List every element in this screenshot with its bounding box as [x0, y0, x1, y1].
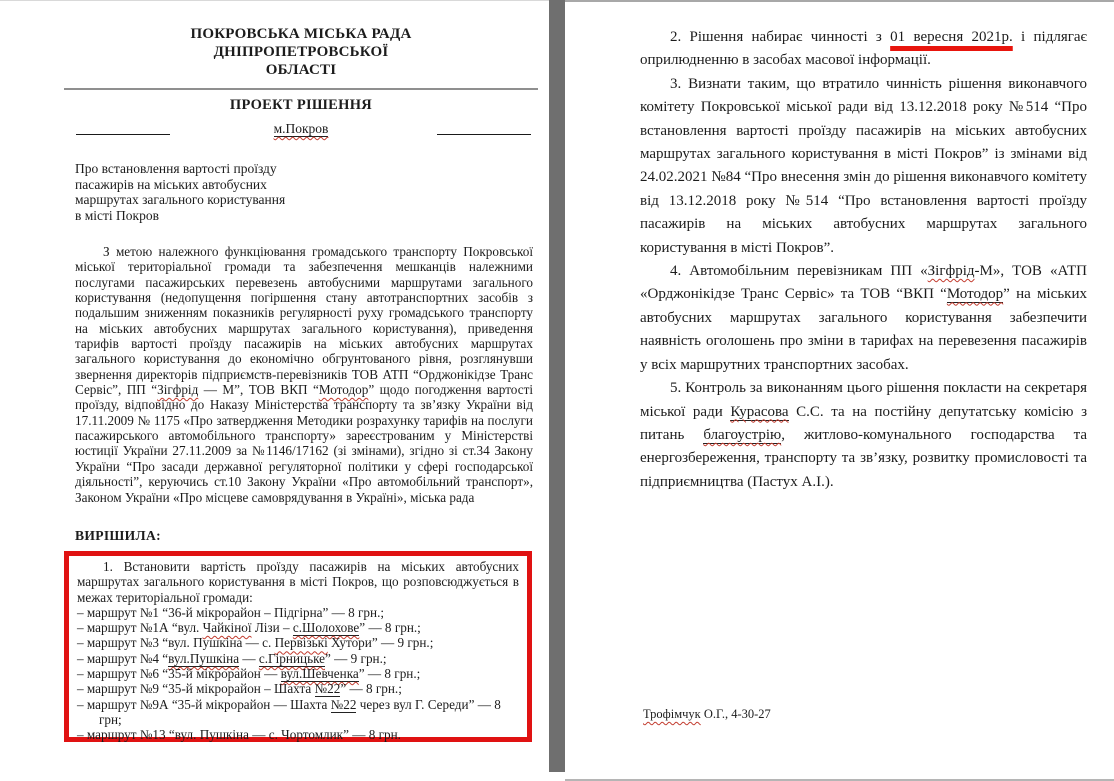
route-item-4: – маршрут №4 “вул.Пушкіна — с.Гірницьке”… — [77, 651, 519, 666]
route-item-9a: – маршрут №9А “35-й мікрорайон — Шахта №… — [77, 697, 519, 728]
route-list: – маршрут №1 “36-й мікрорайон – Підгірна… — [77, 605, 519, 743]
header-divider-rule — [64, 88, 538, 90]
decision-point-3: 3. Визнати таким, що втратило чинність р… — [640, 73, 1087, 260]
decision-items-block: 2. Рішення набирає чинності з 01 вересня… — [640, 26, 1087, 494]
resolved-heading: ВИРІШИЛА: — [75, 528, 161, 544]
route-item-13: – маршрут №13 “вул. Пушкіна — с. Чортомл… — [77, 727, 519, 742]
decision-point-1: 1. Встановити вартість проїзду пасажирів… — [77, 559, 519, 605]
number-blank-line — [437, 134, 531, 135]
red-highlight-annotation-box: 1. Встановити вартість проїзду пасажирів… — [64, 551, 532, 742]
doc-subject-line-4: в місті Покров — [75, 208, 375, 224]
doc-subject-line-2: пасажирів на міських автобусних — [75, 177, 375, 193]
doc-subject: Про встановлення вартості проїзду пасажи… — [75, 161, 375, 223]
doc-subject-line-3: маршрутах загального користування — [75, 192, 375, 208]
route-item-3: – маршрут №3 “вул. Пушкіна — с. Первізьк… — [77, 635, 519, 650]
page-gutter-separator — [549, 0, 565, 772]
doc-type-title: ПРОЕКТ РІШЕННЯ — [65, 97, 537, 114]
route-item-1: – маршрут №1 “36-й мікрорайон – Підгірна… — [77, 605, 519, 620]
decision-point-5: 5. Контроль за виконанням цього рішення … — [640, 377, 1087, 494]
org-name: ПОКРОВСЬКА МІСЬКА РАДА ДНІПРОПЕТРОВСЬКОЇ… — [65, 25, 537, 79]
decision-point-4: 4. Автомобільним перевізникам ПП «Зігфрі… — [640, 260, 1087, 377]
date-blank-line — [76, 134, 170, 135]
org-name-line-2: ДНІПРОПЕТРОВСЬКОЇ — [65, 43, 537, 61]
contact-footer: Трофімчук О.Г., 4-30-27 — [643, 707, 771, 722]
route-item-1a: – маршрут №1А “вул. Чайкіної Лізи – с.Шо… — [77, 620, 519, 635]
org-name-line-1: ПОКРОВСЬКА МІСЬКА РАДА — [65, 25, 537, 43]
preamble-paragraph: З метою належного функціювання громадськ… — [75, 244, 533, 505]
route-item-9: – маршрут №9 “35-й мікрорайон – Шахта №2… — [77, 681, 519, 696]
document-page-1: ПОКРОВСЬКА МІСЬКА РАДА ДНІПРОПЕТРОВСЬКОЇ… — [0, 0, 549, 781]
route-item-6: – маршрут №6 “35-й мікрорайон — вул.Шевч… — [77, 666, 519, 681]
decision-point-2: 2. Рішення набирає чинності з 01 вересня… — [640, 26, 1087, 73]
org-name-line-3: ОБЛАСТІ — [65, 61, 537, 79]
doc-subject-line-1: Про встановлення вартості проїзду — [75, 161, 375, 177]
